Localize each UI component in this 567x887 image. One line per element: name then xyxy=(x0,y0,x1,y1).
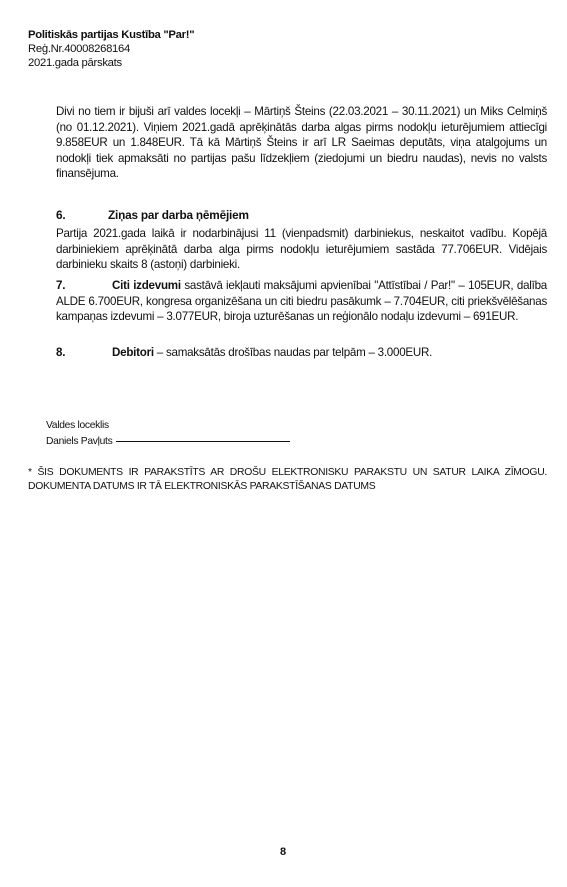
section-7-text: Citi izdevumi sastāvā iekļauti maksājumi… xyxy=(56,278,547,325)
section-number: 7. xyxy=(56,278,65,294)
notice-line-2: DOKUMENTA DATUMS IR TĀ ELEKTRONISKĀS PAR… xyxy=(28,480,547,494)
section-body: – samaksātās drošības naudas par telpām … xyxy=(154,346,432,359)
section-term: Citi izdevumi xyxy=(112,279,181,292)
signatory-name: Daniels Pavļuts xyxy=(46,436,112,447)
page-number: 8 xyxy=(280,846,286,858)
report-title: 2021.gada pārskats xyxy=(28,56,194,70)
section-8: 8. Debitori – samaksātās drošības naudas… xyxy=(56,345,547,361)
signature-block: Valdes loceklis Daniels Pavļuts xyxy=(46,418,290,450)
section-6-heading: 6.Ziņas par darba ņēmējiem xyxy=(56,208,249,222)
notice-line-1: * ŠIS DOKUMENTS IR PARAKSTĪTS AR DROŠU E… xyxy=(28,466,547,480)
section-number: 8. xyxy=(56,345,65,361)
signatory-role: Valdes loceklis xyxy=(46,418,290,434)
section-title: Ziņas par darba ņēmējiem xyxy=(108,208,249,222)
section-term: Debitori xyxy=(112,346,154,359)
document-header: Politiskās partijas Kustība "Par!" Reģ.N… xyxy=(28,28,194,70)
signature-line xyxy=(116,441,290,442)
registration-number: Reģ.Nr.40008268164 xyxy=(28,42,194,56)
section-7: 7. Citi izdevumi sastāvā iekļauti maksāj… xyxy=(56,278,547,325)
organization-name: Politiskās partijas Kustība "Par!" xyxy=(28,28,194,42)
board-members-paragraph: Divi no tiem ir bijuši arī valdes locekļ… xyxy=(56,104,547,182)
section-8-text: Debitori – samaksātās drošības naudas pa… xyxy=(56,345,547,361)
e-signature-notice: * ŠIS DOKUMENTS IR PARAKSTĪTS AR DROŠU E… xyxy=(28,466,547,493)
section-number: 6. xyxy=(56,208,108,222)
section-6-text: Partija 2021.gada laikā ir nodarbinājusi… xyxy=(56,226,547,273)
